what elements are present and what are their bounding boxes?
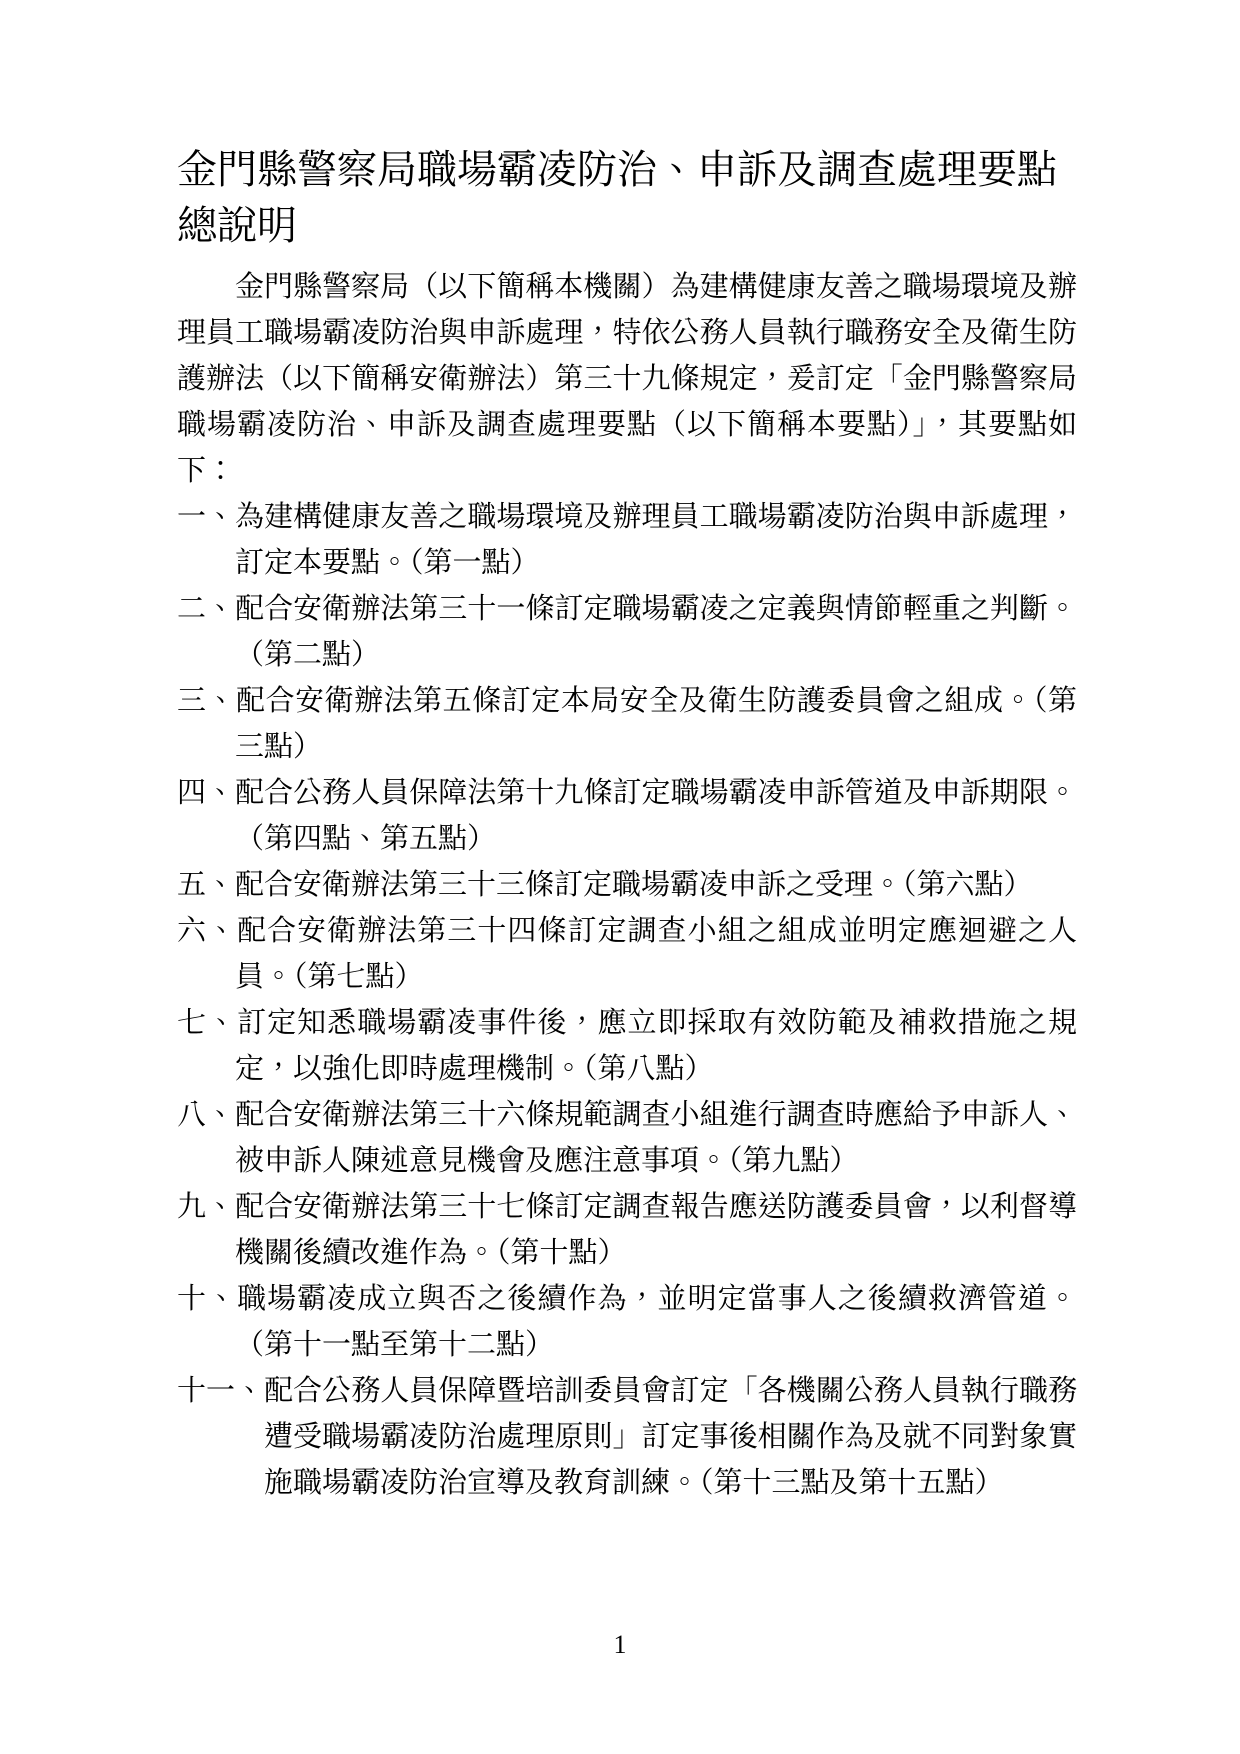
list-item: 四、配合公務人員保障法第十九條訂定職場霸凌申訴管道及申訴期限。（第四點、第五點） <box>177 770 1077 862</box>
document-title: 金門縣警察局職場霸凌防治、申訴及調查處理要點總說明 <box>177 142 1077 254</box>
item-marker: 五、 <box>177 869 235 901</box>
list-item: 三、配合安衛辦法第五條訂定本局安全及衛生防護委員會之組成。（第三點） <box>177 678 1077 770</box>
item-text: 配合安衛辦法第三十一條訂定職場霸凌之定義與情節輕重之判斷。（第二點） <box>235 593 1077 671</box>
summary-point-list: 一、為建構健康友善之職場環境及辦理員工職場霸凌防治與申訴處理，訂定本要點。（第一… <box>177 494 1077 1506</box>
item-marker: 八、 <box>177 1099 235 1131</box>
item-text: 訂定知悉職場霸凌事件後，應立即採取有效防範及補救措施之規定，以強化即時處理機制。… <box>235 1007 1077 1085</box>
list-item: 一、為建構健康友善之職場環境及辦理員工職場霸凌防治與申訴處理，訂定本要點。（第一… <box>177 494 1077 586</box>
list-item: 七、訂定知悉職場霸凌事件後，應立即採取有效防範及補救措施之規定，以強化即時處理機… <box>177 1000 1077 1092</box>
item-marker: 九、 <box>177 1191 235 1223</box>
list-item: 十一、配合公務人員保障暨培訓委員會訂定「各機關公務人員執行職務遭受職場霸凌防治處… <box>177 1368 1077 1506</box>
item-text: 配合安衛辦法第三十七條訂定調查報告應送防護委員會，以利督導機關後續改進作為。（第… <box>235 1191 1077 1269</box>
item-marker: 四、 <box>177 777 235 809</box>
item-text: 配合安衛辦法第三十四條訂定調查小組之組成並明定應迴避之人員。（第七點） <box>235 915 1077 993</box>
document-content: 金門縣警察局職場霸凌防治、申訴及調查處理要點總說明 金門縣警察局（以下簡稱本機關… <box>177 142 1077 1506</box>
document-page-background: { "document": { "title": "金門縣警察局職場霸凌防治、申… <box>0 0 1240 1754</box>
list-item: 五、配合安衛辦法第三十三條訂定職場霸凌申訴之受理。（第六點） <box>177 862 1077 908</box>
item-text: 配合公務人員保障暨培訓委員會訂定「各機關公務人員執行職務遭受職場霸凌防治處理原則… <box>264 1375 1077 1499</box>
item-marker: 七、 <box>177 1007 237 1039</box>
item-text: 配合安衛辦法第三十三條訂定職場霸凌申訴之受理。（第六點） <box>235 869 1033 901</box>
item-marker: 三、 <box>177 685 236 717</box>
list-item: 九、配合安衛辦法第三十七條訂定調查報告應送防護委員會，以利督導機關後續改進作為。… <box>177 1184 1077 1276</box>
item-marker: 一、 <box>177 501 235 533</box>
list-item: 十、職場霸凌成立與否之後續作為，並明定當事人之後續救濟管道。（第十一點至第十二點… <box>177 1276 1077 1368</box>
item-marker: 十、 <box>177 1283 237 1315</box>
item-text: 職場霸凌成立與否之後續作為，並明定當事人之後續救濟管道。（第十一點至第十二點） <box>235 1283 1077 1361</box>
list-item: 八、配合安衛辦法第三十六條規範調查小組進行調查時應給予申訴人、被申訴人陳述意見機… <box>177 1092 1077 1184</box>
item-text: 配合公務人員保障法第十九條訂定職場霸凌申訴管道及申訴期限。（第四點、第五點） <box>235 777 1077 855</box>
item-marker: 二、 <box>177 593 235 625</box>
item-text: 配合安衛辦法第五條訂定本局安全及衛生防護委員會之組成。（第三點） <box>235 685 1077 763</box>
item-marker: 十一、 <box>177 1375 264 1407</box>
item-text: 配合安衛辦法第三十六條規範調查小組進行調查時應給予申訴人、被申訴人陳述意見機會及… <box>235 1099 1077 1177</box>
item-marker: 六、 <box>177 915 237 947</box>
item-text: 為建構健康友善之職場環境及辦理員工職場霸凌防治與申訴處理，訂定本要點。（第一點） <box>235 501 1077 579</box>
list-item: 六、配合安衛辦法第三十四條訂定調查小組之組成並明定應迴避之人員。（第七點） <box>177 908 1077 1000</box>
list-item: 二、配合安衛辦法第三十一條訂定職場霸凌之定義與情節輕重之判斷。（第二點） <box>177 586 1077 678</box>
intro-paragraph: 金門縣警察局（以下簡稱本機關）為建構健康友善之職場環境及辦理員工職場霸凌防治與申… <box>177 264 1077 494</box>
page-number: 1 <box>0 1628 1240 1662</box>
